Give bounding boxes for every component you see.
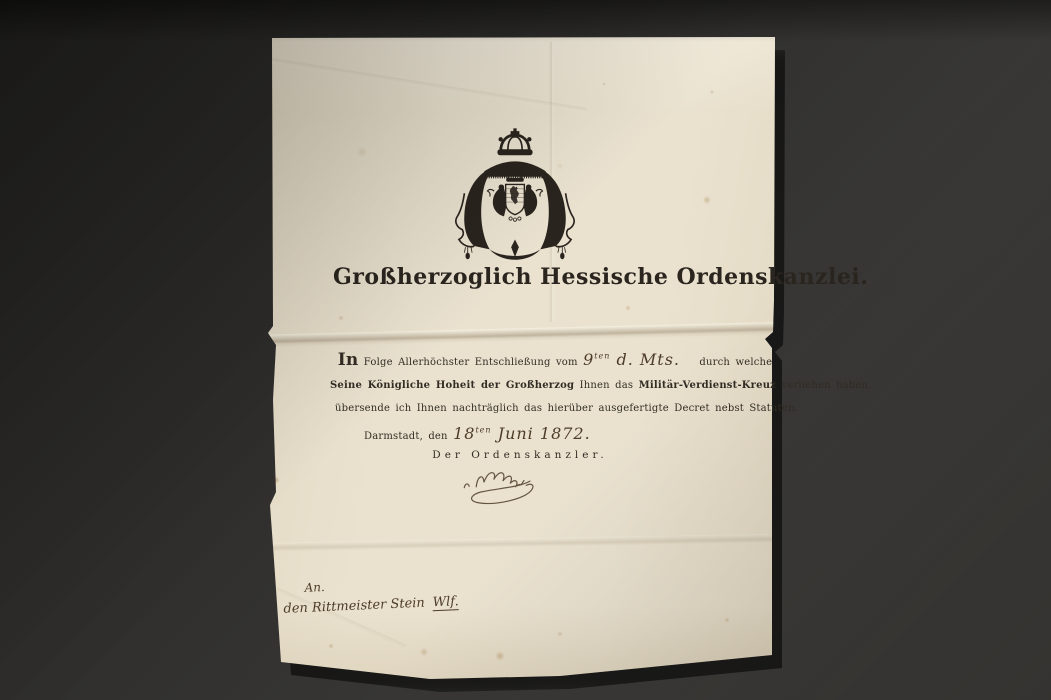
printed-text: Folge Allerhöchster Entschließung vom bbox=[364, 357, 578, 368]
handwritten-day: 9ten d. Mts. bbox=[583, 350, 680, 369]
bold-text: Militär-Verdienst-Kreuz bbox=[639, 380, 776, 391]
chancellor-signature bbox=[450, 454, 583, 511]
address-line-1: An. bbox=[304, 575, 458, 594]
printed-text: Ihnen das bbox=[580, 380, 634, 391]
printed-text: durch welche bbox=[699, 357, 772, 368]
hesse-coat-of-arms-icon bbox=[449, 127, 581, 265]
bold-text: Seine Königliche Hoheit der Großherzog bbox=[330, 380, 574, 391]
body-line-3: übersende ich Ihnen nachträglich das hie… bbox=[335, 403, 775, 414]
handwritten-date: 18ten Juni 1872. bbox=[453, 424, 591, 443]
date-line: Darmstadt, den 18ten Juni 1872. bbox=[364, 424, 591, 443]
printed-text: verliehen haben, bbox=[781, 380, 871, 391]
photo-of-document: Großherzoglich Hessische Ordenskanzlei. … bbox=[0, 0, 1051, 700]
document-content: Großherzoglich Hessische Ordenskanzlei. … bbox=[0, 0, 1051, 700]
address-line-2: den Rittmeister SteinWlf. bbox=[283, 595, 459, 616]
handwritten-address-note: An. den Rittmeister SteinWlf. bbox=[282, 575, 459, 616]
address-mark: Wlf. bbox=[432, 594, 459, 611]
body-line-2: Seine Königliche Hoheit der Großherzog I… bbox=[330, 380, 780, 391]
drop-initial: In bbox=[338, 350, 359, 370]
document-title: Großherzoglich Hessische Ordenskanzlei. bbox=[333, 264, 773, 290]
body-line-1: In Folge Allerhöchster Entschließung vom… bbox=[335, 350, 775, 370]
printed-text: Darmstadt, den bbox=[364, 431, 448, 442]
